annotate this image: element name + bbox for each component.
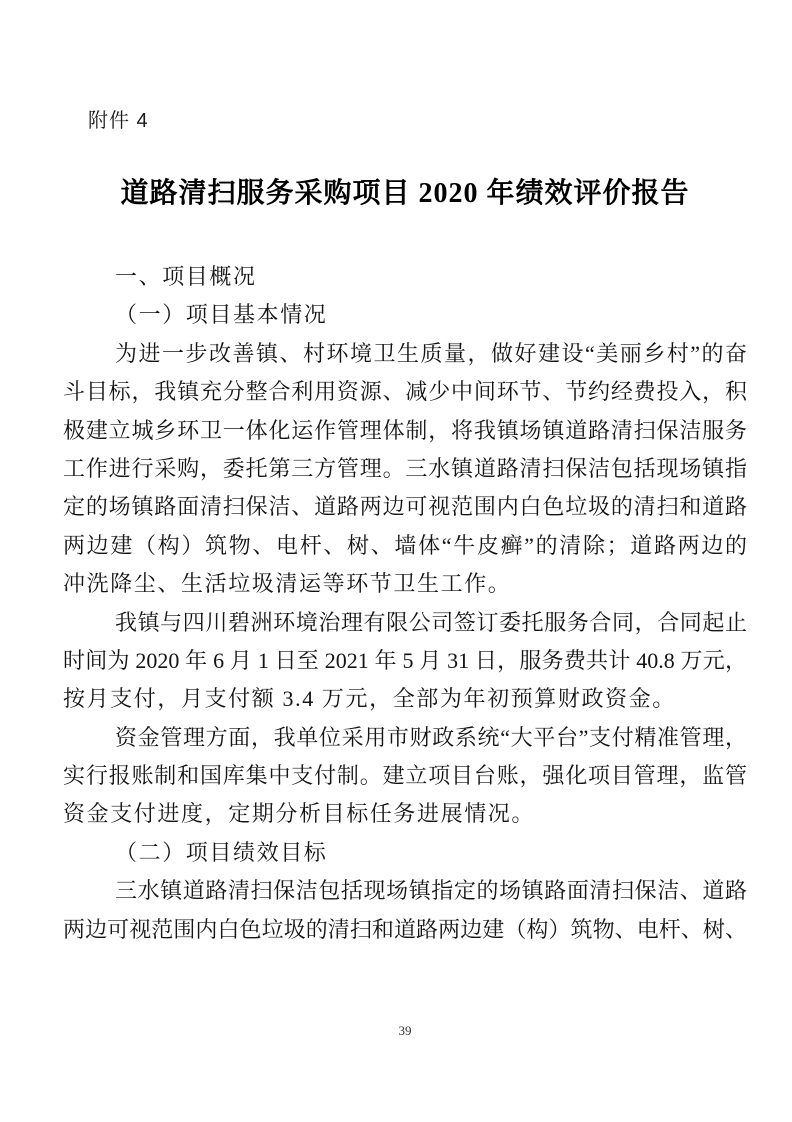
page-number: 39 (63, 1023, 747, 1039)
paragraph-line: 两边建（构）筑物、电杆、树、墙体“牛皮癣”的清除；道路两边的 (63, 527, 747, 565)
paragraph-line: 两边可视范围内白色垃圾的清扫和道路两边建（构）筑物、电杆、树、 (63, 911, 747, 949)
paragraph-line: 我镇与四川碧洲环境治理有限公司签订委托服务合同，合同起止 (63, 604, 747, 642)
paragraph-line: 资金支付进度，定期分析目标任务进展情况。 (63, 795, 747, 833)
paragraph-line: 时间为 2020 年 6 月 1 日至 2021 年 5 月 31 日，服务费共… (63, 642, 747, 680)
document-body: 一、项目概况 （一）项目基本情况 为进一步改善镇、村环境卫生质量，做好建设“美丽… (63, 258, 747, 949)
document-page: 附件 4 道路清扫服务采购项目 2020 年绩效评价报告 一、项目概况 （一）项… (0, 0, 792, 1122)
paragraph-line: 斗目标，我镇充分整合利用资源、减少中间环节、节约经费投入，积 (63, 373, 747, 411)
paragraph-line: 按月支付，月支付额 3.4 万元，全部为年初预算财政资金。 (63, 680, 747, 718)
heading-2-performance-goals: （二）项目绩效目标 (63, 834, 747, 872)
heading-1-project-overview: 一、项目概况 (63, 258, 747, 296)
paragraph-line: 实行报账制和国库集中支付制。建立项目台账，强化项目管理，监管 (63, 757, 747, 795)
attachment-label: 附件 4 (88, 109, 149, 133)
heading-2-basic-info: （一）项目基本情况 (63, 296, 747, 334)
paragraph-line: 资金管理方面，我单位采用市财政系统“大平台”支付精准管理， (63, 719, 747, 757)
paragraph-line: 定的场镇路面清扫保洁、道路两边可视范围内白色垃圾的清扫和道路 (63, 488, 747, 526)
paragraph-line: 三水镇道路清扫保洁包括现场镇指定的场镇路面清扫保洁、道路 (63, 872, 747, 910)
paragraph-line: 为进一步改善镇、村环境卫生质量，做好建设“美丽乡村”的奋 (63, 335, 747, 373)
paragraph-line: 冲洗降尘、生活垃圾清运等环节卫生工作。 (63, 565, 747, 603)
paragraph-line: 极建立城乡环卫一体化运作管理体制，将我镇场镇道路清扫保洁服务 (63, 412, 747, 450)
paragraph-line: 工作进行采购，委托第三方管理。三水镇道路清扫保洁包括现场镇指 (63, 450, 747, 488)
document-title: 道路清扫服务采购项目 2020 年绩效评价报告 (63, 176, 747, 212)
